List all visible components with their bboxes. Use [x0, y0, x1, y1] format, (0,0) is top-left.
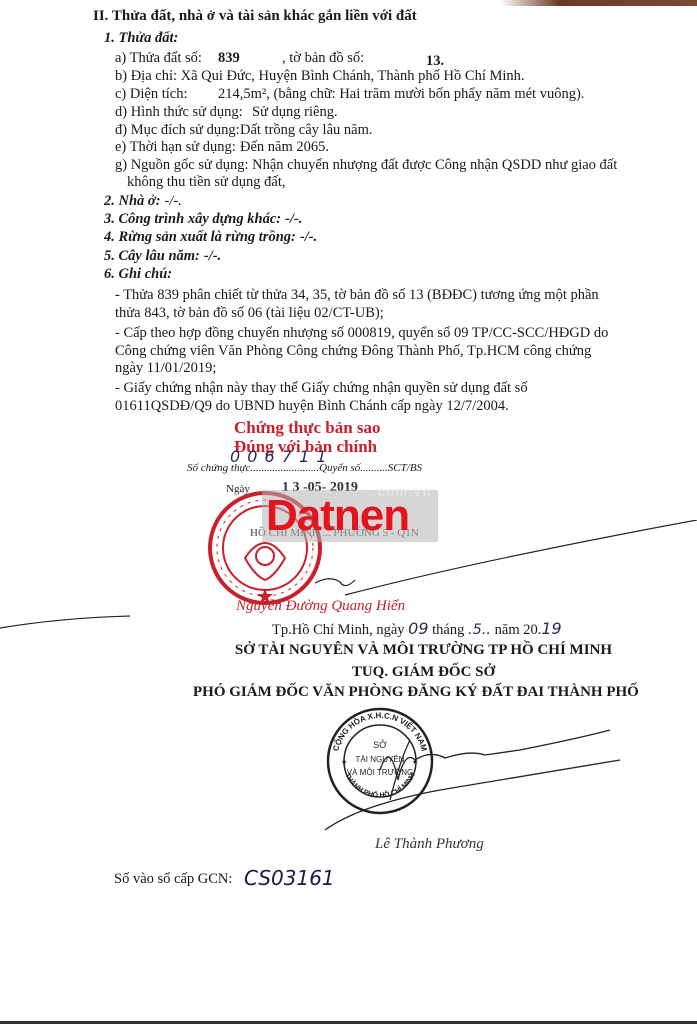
origin-line-2: không thu tiền sử dụng đất, — [127, 174, 286, 191]
item-production-forest-value: -/-. — [300, 229, 317, 245]
note-line: thửa 843, tờ bản đồ số 06 (tài liệu 02/C… — [115, 305, 384, 322]
signatory-name: Lê Thành Phương — [375, 836, 484, 853]
authority-line-1: SỞ TÀI NGUYÊN VÀ MÔI TRƯỜNG TP HỒ CHÍ MI… — [235, 642, 612, 658]
registry-value: CS03161 — [244, 866, 335, 890]
map-sheet-label: , tờ bản đồ số: — [282, 50, 364, 67]
usage-form-label: d) Hình thức sử dụng: — [115, 104, 243, 121]
issue-day: 09 — [408, 619, 428, 638]
signatory-signature-strokes — [320, 720, 697, 840]
item-other-construction-value: -/-. — [285, 211, 302, 227]
usage-term-value: Đến năm 2065. — [240, 139, 329, 156]
authority-department: SỞ TÀI NGUYÊN VÀ MÔI TRƯỜNG TP HỒ CHÍ MI… — [0, 642, 697, 659]
certification-number-label: Số chứng thực.........................Qu… — [187, 462, 422, 474]
item-house: 2. Nhà ở: -/-. — [104, 192, 182, 210]
item-production-forest: 4. Rừng sản xuất là rừng trồng: -/-. — [104, 228, 317, 246]
usage-purpose-label: đ) Mục đích sử dụng: — [115, 122, 240, 139]
item-other-construction: 3. Công trình xây dựng khác: -/-. — [104, 210, 302, 228]
item-perennial-trees-value: -/-. — [204, 248, 221, 264]
note-line: - Thửa 839 phân chiết từ thửa 34, 35, tờ… — [115, 287, 599, 304]
item-other-construction-label: 3. Công trình xây dựng khác: — [104, 211, 281, 227]
certified-copy-title: Chứng thực bản sao — [234, 418, 381, 438]
note-line: Công chứng viên Văn Phòng Công chứng Đôn… — [115, 343, 591, 360]
registry-label: Số vào sổ cấp GCN: — [114, 871, 232, 888]
page-top-edge — [500, 0, 697, 6]
item-house-value: -/-. — [165, 193, 182, 209]
usage-purpose-value: Dất trồng cây lâu năm. — [240, 122, 372, 139]
issue-place-prefix: Tp.Hồ Chí Minh, ngày — [272, 622, 405, 638]
item-perennial-trees: 5. Cây lâu năm: -/-. — [104, 247, 221, 265]
origin-line-1: g) Nguồn gốc sử dụng: Nhận chuyển nhượng… — [115, 157, 617, 174]
item-perennial-trees-label: 5. Cây lâu năm: — [104, 248, 200, 264]
note-line: 01611QSDĐ/Q9 do UBND huyện Bình Chánh cấ… — [115, 398, 509, 415]
plot-number-label: a) Thửa đất số: — [115, 50, 202, 67]
issue-year-label: năm 20. — [495, 622, 542, 638]
usage-form-value: Sử dụng riêng. — [252, 104, 338, 121]
land-plot-heading: 1. Thửa đất: — [104, 30, 178, 47]
issue-month-label: tháng — [432, 622, 464, 638]
area-label: c) Diện tích: — [115, 86, 187, 103]
usage-term-label: e) Thời hạn sử dụng: — [115, 139, 236, 156]
authority-proxy: TUQ. GIÁM ĐỐC SỞ — [0, 664, 697, 681]
note-line: - Giấy chứng nhận này thay thế Giấy chứn… — [115, 380, 528, 397]
certifier-signature-name: Nguyễn Đường Quang Hiển — [236, 598, 405, 615]
notes-heading: 6. Ghi chú: — [104, 266, 172, 283]
watermark-logo: .com.vn Datnen — [262, 490, 438, 542]
plot-number-value: 839 — [218, 50, 240, 67]
address-line: b) Địa chỉ: Xã Qui Đức, Huyện Bình Chánh… — [115, 68, 525, 85]
issue-month: .5.. — [468, 622, 491, 638]
issue-place-date: Tp.Hồ Chí Minh, ngày 09 tháng .5.. năm 2… — [272, 619, 562, 639]
issue-year: 19 — [541, 619, 561, 638]
authority-line-2: TUQ. GIÁM ĐỐC SỞ — [352, 664, 495, 680]
note-line: ngày 11/01/2019; — [115, 360, 216, 377]
note-line: - Cấp theo hợp đồng chuyển nhượng số 000… — [115, 325, 608, 342]
area-value: 214,5m², (bằng chữ: Hai trăm mười bốn ph… — [218, 86, 584, 103]
item-house-label: 2. Nhà ở: — [104, 193, 161, 209]
item-production-forest-label: 4. Rừng sản xuất là rừng trồng: — [104, 229, 296, 245]
section-heading: II. Thửa đất, nhà ở và tài sản khác gắn … — [93, 8, 417, 25]
watermark-brand: Datnen — [266, 492, 409, 540]
authority-title: PHÓ GIÁM ĐỐC VĂN PHÒNG ĐĂNG KÝ ĐẤT ĐAI T… — [193, 684, 639, 701]
